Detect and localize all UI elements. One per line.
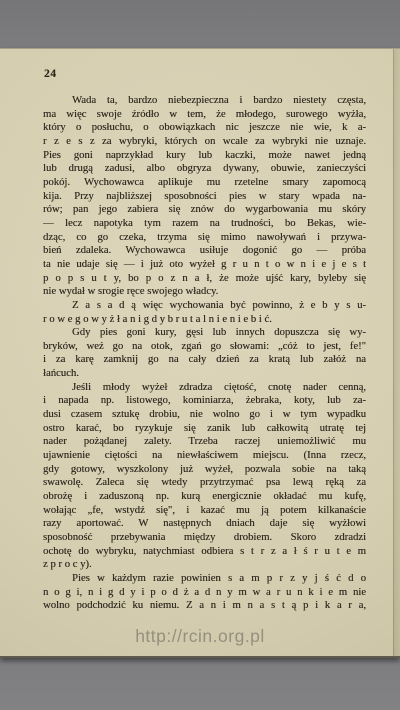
text-line: rów; pan jego zabiera się znów do wygarb… — [43, 203, 366, 217]
text-line: — lecz napotyka tym razem na trudności, … — [43, 217, 366, 231]
text-line: ta nie udaje się — i już oto wyżeł g r u… — [43, 258, 366, 272]
text-line: obrożę i zaduszoną np. kurą energicznie … — [43, 490, 366, 504]
page-number: 24 — [44, 68, 57, 80]
paragraph: Wada ta, bardzo niebezpieczna i bardzo n… — [43, 94, 366, 299]
scanner-background: 24 Wada ta, bardzo niebezpieczna i bardz… — [0, 0, 400, 710]
page-text: Wada ta, bardzo niebezpieczna i bardzo n… — [43, 94, 366, 613]
text-line: łańcuch. — [43, 367, 366, 381]
text-line: wołając „fe, wstydź się", i kazać mu ją … — [43, 504, 366, 518]
text-line: ujawnienie ciętości na niewłaściwem miej… — [43, 449, 366, 463]
text-line: który o posłuchu, o obowiązkach nic jesz… — [43, 121, 366, 135]
text-line: wolno podchodzić ku niemu. Z a n i m n a… — [43, 599, 366, 613]
text-line: z p r o c y). — [43, 558, 366, 572]
text-line: Z a s a d ą więc wychowania być powinno,… — [43, 299, 366, 313]
text-line: n o g i, n i g d y i p o d ż a d n y m w… — [43, 586, 366, 600]
page-edge — [393, 49, 400, 656]
watermark: http://rcin.org.pl — [0, 626, 400, 647]
text-line: r z e s z za wybryki, których on wcale z… — [43, 135, 366, 149]
text-line: Pies w każdym razie powinien s a m p r z… — [43, 572, 366, 586]
text-line: Jeśli młody wyżeł zdradza ciętość, cnotę… — [43, 381, 366, 395]
text-line: swawolę. Zaleca się wtedy przytrzymać ps… — [43, 476, 366, 490]
text-line: r o w e g o w y ż ł a n i g d y b r u t … — [43, 313, 366, 327]
text-line: nader pożądanej zalety. Trzeba raczej un… — [43, 435, 366, 449]
text-line: ostro karać, bo ryzykuje się zanik lub c… — [43, 422, 366, 436]
text-line: i za karę zamknij go na cały dzień za kr… — [43, 353, 366, 367]
text-line: sposobność przebywania między drobiem. S… — [43, 531, 366, 545]
paragraph: Jeśli młody wyżeł zdradza ciętość, cnotę… — [43, 381, 366, 572]
text-line: ma więc swoje źródło w tem, że młodego, … — [43, 108, 366, 122]
text-line: bryków, weź go na otok, zgań go słowami:… — [43, 340, 366, 354]
text-line: razy aportować. W następnych dniach daje… — [43, 517, 366, 531]
text-line: Pies goni naprzykład kury lub kaczki, mo… — [43, 149, 366, 163]
paragraph: Gdy pies goni kury, gęsi lub innych dopu… — [43, 326, 366, 381]
paragraph: Z a s a d ą więc wychowania być powinno,… — [43, 299, 366, 326]
text-line: Wada ta, bardzo niebezpieczna i bardzo n… — [43, 94, 366, 108]
paragraph: Pies w każdym razie powinien s a m p r z… — [43, 572, 366, 613]
text-line: pokój. Wychowawca aplikuje mu rzetelne s… — [43, 176, 366, 190]
text-line: Gdy pies goni kury, gęsi lub innych dopu… — [43, 326, 366, 340]
text-line: dusi czasem sztukę drobiu, nie wolno go … — [43, 408, 366, 422]
text-line: gdy gotowy, wyszkolony już wyżeł, pozwal… — [43, 463, 366, 477]
text-line: ochotę do wybryku, natychmiast odbiera s… — [43, 545, 366, 559]
book-page: 24 Wada ta, bardzo niebezpieczna i bardz… — [0, 48, 400, 658]
text-line: kija. Przy najbliższej sposobności pies … — [43, 190, 366, 204]
text-line: nie wydał w srogie ręce swojego władcy. — [43, 285, 366, 299]
text-line: lub drugą zadusi, albo obgryza dywany, o… — [43, 162, 366, 176]
text-line: dząc, co go czeka, trzyma się mimo nawoł… — [43, 231, 366, 245]
text-line: bień zdaleka. Wychowawca usiłuje dogonić… — [43, 244, 366, 258]
text-line: i napada np. listowego, kominiarza, żebr… — [43, 394, 366, 408]
text-line: p o p s u t y, bo p o z n a ł, że może u… — [43, 272, 366, 286]
